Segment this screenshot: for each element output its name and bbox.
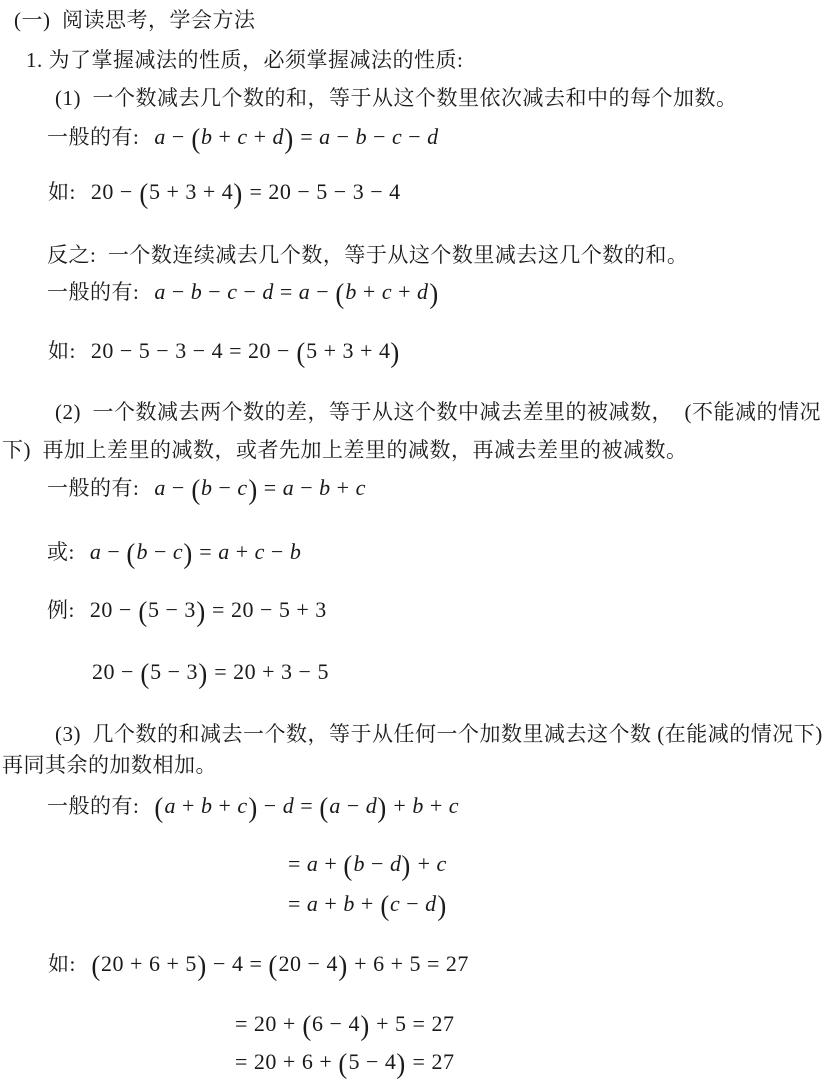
- property-3-example-line-2: = 20 + (6 − 4) + 5 = 27: [235, 1010, 454, 1041]
- property-3-general-rule-continued-1: = a + (b − d) + c: [288, 850, 447, 881]
- example-formula: 20 − (5 − 3) = 20 + 3 − 5: [92, 658, 329, 689]
- property-3-text-1: (3) 几个数的和减去一个数，等于从任何一个加数里减去这个数 (在能减的情况下): [55, 721, 823, 748]
- example-formula: 20 − (5 + 3 + 4) = 20 − 5 − 3 − 4: [91, 178, 401, 209]
- example-formula: 20 − (5 − 3) = 20 − 5 + 3: [90, 596, 327, 627]
- general-formula: a − b − c − d = a − (b + c + d): [154, 278, 438, 309]
- property-3-example-line-3: = 20 + 6 + (5 − 4) = 27: [235, 1048, 454, 1079]
- document-page: (一) 阅读思考，学会方法 1. 为了掌握减法的性质，必须掌握减法的性质: (1…: [0, 0, 836, 1084]
- item-1-statement: 1. 为了掌握减法的性质，必须掌握减法的性质:: [26, 47, 463, 74]
- property-1-text: (1) 一个数减去几个数的和，等于从这个数里依次减去和中的每个加数。: [55, 85, 737, 112]
- property-2-text-1: (2) 一个数减去两个数的差，等于从这个数中减去差里的被减数， (不能减的情况: [55, 399, 821, 426]
- property-3-example-line-1: 如: (20 + 6 + 5) − 4 = (20 − 4) + 6 + 5 =…: [48, 950, 469, 981]
- or-formula: a − (b − c) = a + c − b: [90, 538, 301, 569]
- property-1-example: 如: 20 − (5 + 3 + 4) = 20 − 5 − 3 − 4: [48, 178, 401, 209]
- converse-example: 如: 20 − 5 − 3 − 4 = 20 − (5 + 3 + 4): [48, 337, 401, 368]
- property-3-general-rule-continued-2: = a + b + (c − d): [288, 890, 447, 921]
- example-label: 例:: [47, 597, 75, 624]
- general-formula: (a + b + c) − d = (a − d) + b + c: [154, 792, 459, 823]
- general-label: 一般的有:: [47, 793, 139, 820]
- property-3-statement-line-1: (3) 几个数的和减去一个数，等于从任何一个加数里减去这个数 (在能减的情况下): [55, 721, 823, 748]
- converse-general-rule: 一般的有: a − b − c − d = a − (b + c + d): [47, 278, 439, 309]
- property-2-example-line-2: 20 − (5 − 3) = 20 + 3 − 5: [92, 658, 329, 689]
- general-formula-continued: = a + (b − d) + c: [288, 850, 447, 881]
- general-formula-continued: = a + b + (c − d): [288, 890, 447, 921]
- property-2-statement-line-2: 下) 再加上差里的减数，或者先加上差里的减数，再减去差里的被减数。: [2, 437, 688, 464]
- property-2-alternate-rule: 或: a − (b − c) = a + c − b: [47, 538, 301, 569]
- property-2-general-rule: 一般的有: a − (b − c) = a − b + c: [47, 474, 366, 505]
- property-3-text-2: 再同其余的加数相加。: [2, 752, 217, 779]
- property-3-statement-line-2: 再同其余的加数相加。: [2, 752, 217, 779]
- property-1-general-rule: 一般的有: a − (b + c + d) = a − b − c − d: [47, 123, 439, 154]
- property-2-text-2: 下) 再加上差里的减数，或者先加上差里的减数，再减去差里的被减数。: [2, 437, 688, 464]
- example-formula: 20 − 5 − 3 − 4 = 20 − (5 + 3 + 4): [91, 337, 401, 368]
- or-label: 或:: [47, 539, 75, 566]
- property-1-converse-statement: 反之: 一个数连续减去几个数，等于从这个数里减去这几个数的和。: [47, 242, 688, 269]
- example-formula-continued: = 20 + 6 + (5 − 4) = 27: [235, 1048, 454, 1079]
- general-formula: a − (b + c + d) = a − b − c − d: [154, 123, 438, 154]
- property-2-statement-line-1: (2) 一个数减去两个数的差，等于从这个数中减去差里的被减数， (不能减的情况: [55, 399, 821, 426]
- example-label: 如:: [48, 951, 76, 978]
- general-formula: a − (b − c) = a − b + c: [154, 474, 365, 505]
- example-formula: (20 + 6 + 5) − 4 = (20 − 4) + 6 + 5 = 27: [91, 950, 469, 981]
- property-2-example-line-1: 例: 20 − (5 − 3) = 20 − 5 + 3: [47, 596, 327, 627]
- general-label: 一般的有:: [47, 475, 139, 502]
- converse-text: 反之: 一个数连续减去几个数，等于从这个数里减去这几个数的和。: [47, 242, 688, 269]
- example-label: 如:: [48, 179, 76, 206]
- example-formula-continued: = 20 + (6 − 4) + 5 = 27: [235, 1010, 454, 1041]
- property-3-general-rule: 一般的有: (a + b + c) − d = (a − d) + b + c: [47, 792, 459, 823]
- section-heading: (一) 阅读思考，学会方法: [14, 7, 256, 34]
- example-label: 如:: [48, 338, 76, 365]
- general-label: 一般的有:: [47, 279, 139, 306]
- item-1-text: 1. 为了掌握减法的性质，必须掌握减法的性质:: [26, 47, 463, 74]
- section-heading-text: (一) 阅读思考，学会方法: [14, 7, 256, 34]
- property-1-statement: (1) 一个数减去几个数的和，等于从这个数里依次减去和中的每个加数。: [55, 85, 737, 112]
- general-label: 一般的有:: [47, 124, 139, 151]
